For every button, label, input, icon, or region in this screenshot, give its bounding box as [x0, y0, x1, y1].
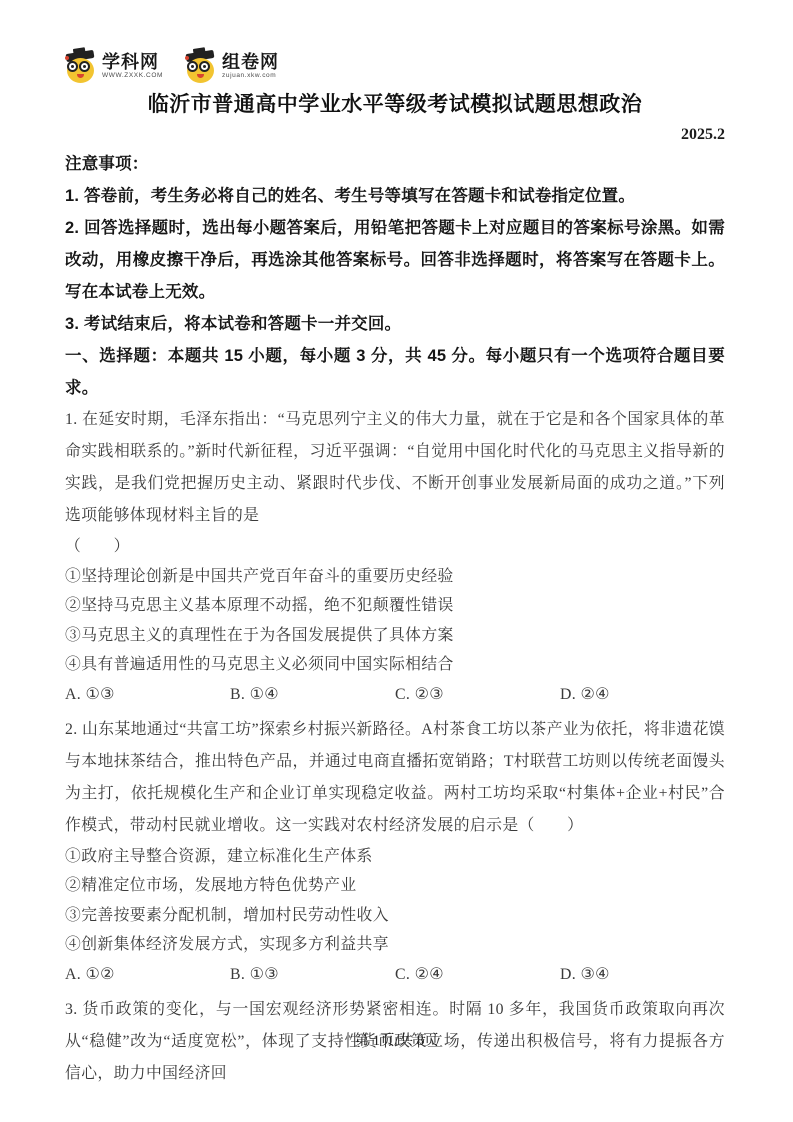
- question-statement: ②坚持马克思主义基本原理不动摇，绝不犯颠覆性错误: [65, 591, 725, 621]
- choice-a: A. ①③: [65, 680, 230, 710]
- section-heading: 一、选择题：本题共 15 小题，每小题 3 分，共 45 分。每小题只有一个选项…: [65, 340, 725, 404]
- page-title: 临沂市普通高中学业水平等级考试模拟试题思想政治: [65, 90, 725, 120]
- choice-b: B. ①③: [230, 960, 395, 990]
- question-statement: ①坚持理论创新是中国共产党百年奋斗的重要历史经验: [65, 562, 725, 592]
- question-statement: ①政府主导整合资源，建立标准化生产体系: [65, 842, 725, 872]
- exam-date: 2025.2: [65, 122, 725, 148]
- question-statement: ②精准定位市场，发展地方特色优势产业: [65, 871, 725, 901]
- xuekewang-logo-name: 学科网: [102, 53, 163, 71]
- question-statement: ③马克思主义的真理性在于为各国发展提供了具体方案: [65, 621, 725, 651]
- question-statement: ④创新集体经济发展方式，实现多方利益共享: [65, 930, 725, 960]
- notice-item: 1. 答卷前，考生务必将自己的姓名、考生号等填写在答题卡和试卷指定位置。: [65, 180, 725, 212]
- question-1: 1. 在延安时期，毛泽东指出：“马克思列宁主义的伟大力量，就在于它是和各个国家具…: [65, 404, 725, 710]
- exam-page: 学科网 WWW.ZXXK.COM 组卷网 zujuan.xkw.com 临沂市普…: [0, 0, 793, 1122]
- choice-c: C. ②③: [395, 680, 560, 710]
- notice-item: 3. 考试结束后，将本试卷和答题卡一并交回。: [65, 308, 725, 340]
- question-2: 2. 山东某地通过“共富工坊”探索乡村振兴新路径。A村茶食工坊以茶产业为依托，将…: [65, 714, 725, 990]
- choices-row: A. ①② B. ①③ C. ②④ D. ③④: [65, 960, 725, 990]
- question-statement: ③完善按要素分配机制，增加村民劳动性收入: [65, 901, 725, 931]
- choice-d: D. ③④: [560, 960, 725, 990]
- page-number: 第 1页/共 8页: [0, 1029, 793, 1050]
- choice-b: B. ①④: [230, 680, 395, 710]
- xuekewang-logo-url: WWW.ZXXK.COM: [102, 73, 163, 80]
- question-stem: 2. 山东某地通过“共富工坊”探索乡村振兴新路径。A村茶食工坊以茶产业为依托，将…: [65, 714, 725, 842]
- question-statement: ④具有普遍适用性的马克思主义必须同中国实际相结合: [65, 650, 725, 680]
- notice-heading: 注意事项：: [65, 148, 725, 180]
- choice-c: C. ②④: [395, 960, 560, 990]
- choices-row: A. ①③ B. ①④ C. ②③ D. ②④: [65, 680, 725, 710]
- answer-paren: （ ）: [65, 532, 725, 562]
- notice-item: 2. 回答选择题时，选出每小题答案后，用铅笔把答题卡上对应题目的答案标号涂黑。如…: [65, 212, 725, 308]
- owl-mascot-icon: [65, 48, 97, 84]
- zujuanwang-logo-name: 组卷网: [222, 53, 279, 71]
- choice-a: A. ①②: [65, 960, 230, 990]
- zujuanwang-logo-url: zujuan.xkw.com: [222, 73, 279, 80]
- question-stem: 1. 在延安时期，毛泽东指出：“马克思列宁主义的伟大力量，就在于它是和各个国家具…: [65, 404, 725, 532]
- xuekewang-logo: 学科网 WWW.ZXXK.COM: [65, 48, 163, 84]
- owl-mascot-icon: [185, 48, 217, 84]
- choice-d: D. ②④: [560, 680, 725, 710]
- notice-section: 注意事项： 1. 答卷前，考生务必将自己的姓名、考生号等填写在答题卡和试卷指定位…: [65, 148, 725, 340]
- watermark-logos: 学科网 WWW.ZXXK.COM 组卷网 zujuan.xkw.com: [65, 46, 725, 86]
- zujuanwang-logo: 组卷网 zujuan.xkw.com: [185, 48, 279, 84]
